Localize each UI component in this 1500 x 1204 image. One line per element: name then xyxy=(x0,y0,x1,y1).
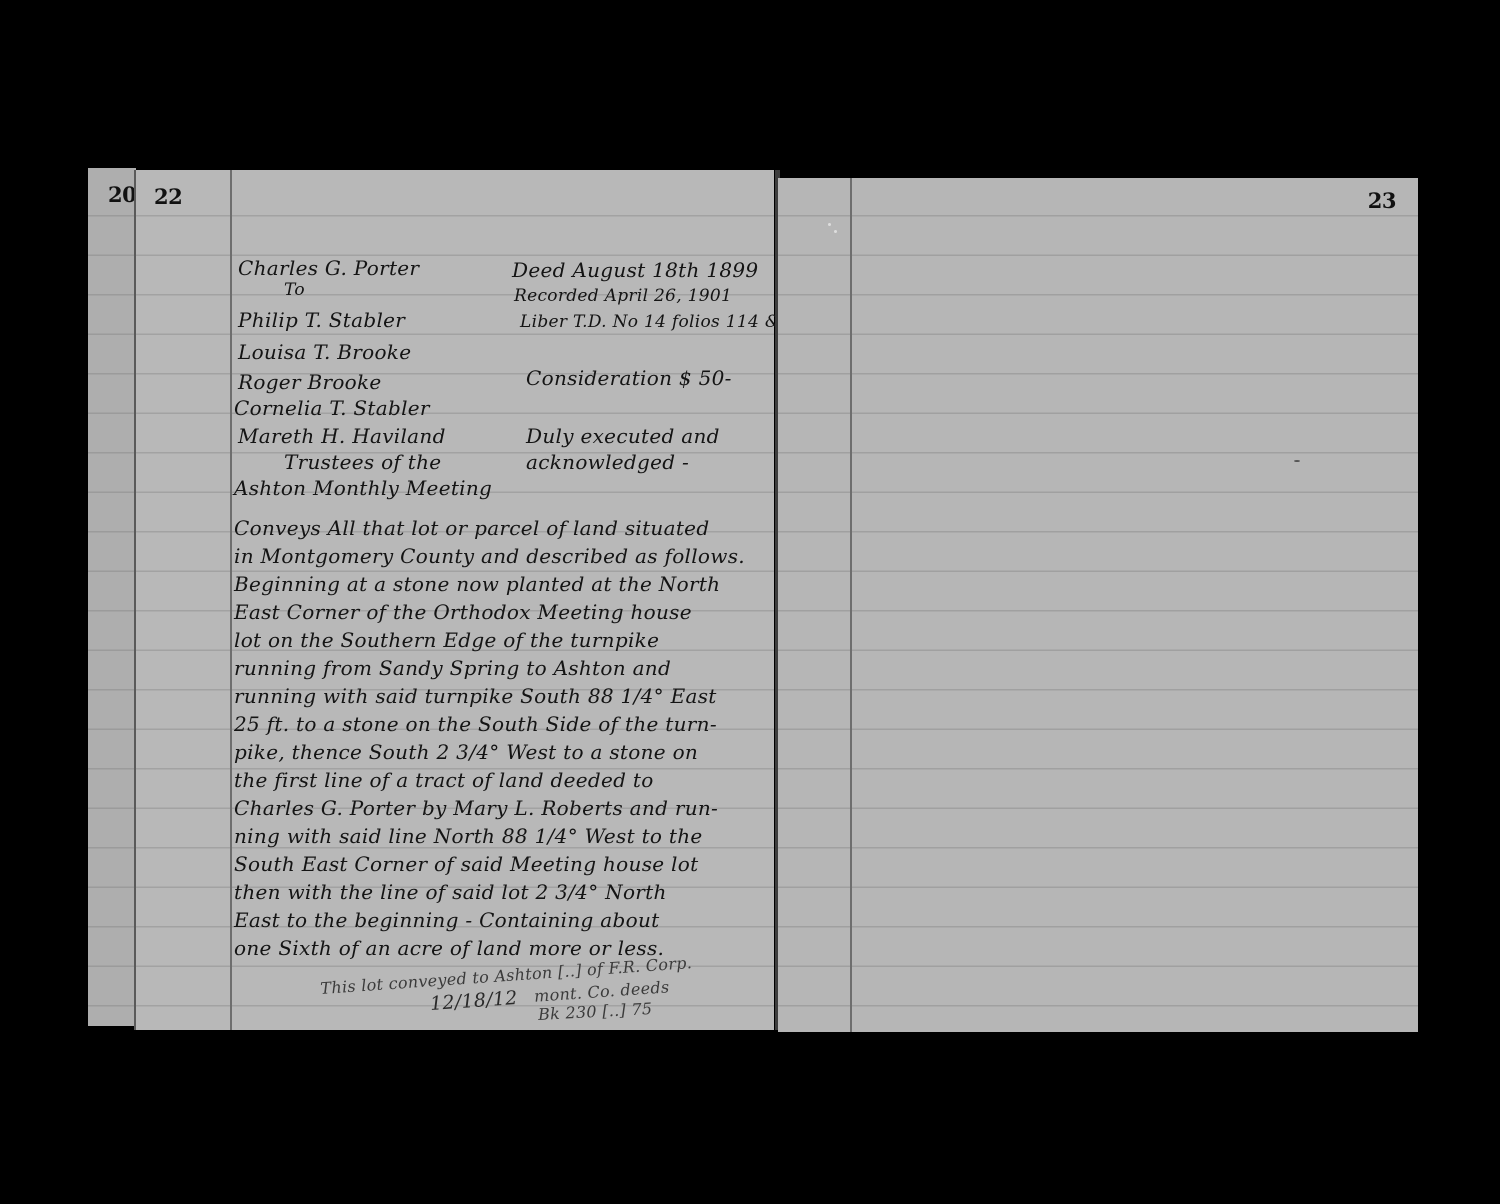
left-ledger-page: 22 Charles G. Porter To Philip T. Stable… xyxy=(134,170,774,1030)
ink-mark xyxy=(1294,460,1300,462)
grantee-organization: Ashton Monthly Meeting xyxy=(234,478,492,498)
scan-speck xyxy=(828,223,831,226)
grantee-title: Trustees of the xyxy=(284,452,441,472)
to-label: To xyxy=(284,282,305,299)
grantee-name: Philip T. Stabler xyxy=(238,310,405,330)
recorded-date: Recorded April 26, 1901 xyxy=(514,288,732,305)
body-line: South East Corner of said Meeting house … xyxy=(234,854,698,874)
body-line: running from Sandy Spring to Ashton and xyxy=(234,658,671,678)
annotation-date: 12/18/12 xyxy=(429,989,518,1014)
body-line: Charles G. Porter by Mary L. Roberts and… xyxy=(234,798,718,818)
grantee-name: Cornelia T. Stabler xyxy=(234,398,430,418)
scan-speck xyxy=(834,230,837,233)
body-line: East Corner of the Orthodox Meeting hous… xyxy=(234,602,692,622)
body-line: Conveys All that lot or parcel of land s… xyxy=(234,518,709,538)
left-margin-rule xyxy=(230,170,232,1030)
right-margin-rule xyxy=(850,178,852,1032)
annotation-book-reference: Bk 230 [..] 75 xyxy=(538,1001,653,1023)
stub-page-number: 20 xyxy=(108,182,136,207)
grantee-name: Roger Brooke xyxy=(238,372,382,392)
body-line: one Sixth of an acre of land more or les… xyxy=(234,938,664,958)
body-line: Beginning at a stone now planted at the … xyxy=(234,574,720,594)
deed-date: Deed August 18th 1899 xyxy=(512,260,758,280)
stub-page-edge: 20 xyxy=(88,168,136,1026)
liber-reference: Liber T.D. No 14 folios 114 & 15 xyxy=(520,314,808,331)
execution-note: Duly executed and xyxy=(526,426,720,446)
consideration-amount: Consideration $ 50- xyxy=(526,368,732,388)
body-line: lot on the Southern Edge of the turnpike xyxy=(234,630,659,650)
body-line: 25 ft. to a stone on the South Side of t… xyxy=(234,714,717,734)
body-line: pike, thence South 2 3/4° West to a ston… xyxy=(234,742,698,762)
right-ledger-page: 23 xyxy=(778,178,1418,1032)
body-line: then with the line of said lot 2 3/4° No… xyxy=(234,882,667,902)
acknowledgement-note: acknowledged - xyxy=(526,452,689,472)
grantee-name: Mareth H. Haviland xyxy=(238,426,446,446)
left-page-edge-rule xyxy=(134,170,136,1030)
body-line: ning with said line North 88 1/4° West t… xyxy=(234,826,703,846)
grantee-name: Louisa T. Brooke xyxy=(238,342,411,362)
grantor-name: Charles G. Porter xyxy=(238,258,419,278)
body-line: the first line of a tract of land deeded… xyxy=(234,770,654,790)
body-line: East to the beginning - Containing about xyxy=(234,910,659,930)
right-page-number: 23 xyxy=(1368,188,1396,213)
body-line: running with said turnpike South 88 1/4°… xyxy=(234,686,717,706)
left-page-number: 22 xyxy=(154,184,182,209)
body-line: in Montgomery County and described as fo… xyxy=(234,546,745,566)
